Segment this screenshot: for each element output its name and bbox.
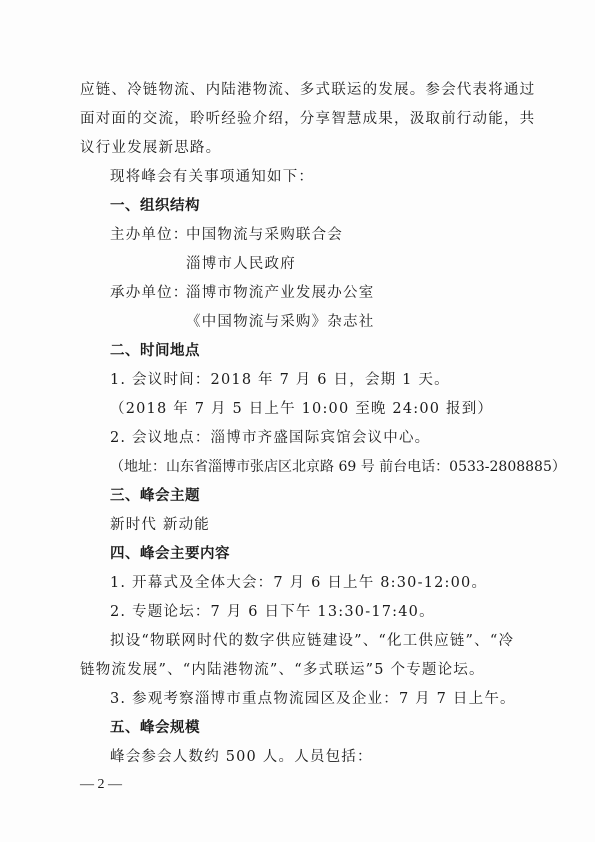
content-item-3: 3. 参观考察淄博市重点物流园区及企业：7 月 7 日上午。 [110, 689, 516, 709]
section-4-heading: 四、峰会主要内容 [110, 544, 230, 564]
intro-line-2: 面对面的交流，聆听经验介绍，分享智慧成果，汲取前行动能，共 [80, 109, 535, 129]
organizer-2: 《中国物流与采购》杂志社 [186, 312, 374, 332]
venue-address: （地址：山东省淄博市张店区北京路 69 号 前台电话：0533-2808885） [110, 457, 566, 477]
organizer-1: 淄博市物流产业发展办公室 [186, 283, 374, 303]
summit-theme: 新时代 新动能 [110, 515, 210, 535]
forums-line-2: 链物流发展”、“内陆港物流”、“多式联运”5 个专题论坛。 [80, 660, 485, 680]
organizer-label: 承办单位： [110, 283, 189, 303]
meeting-venue: 2. 会议地点：淄博市齐盛国际宾馆会议中心。 [110, 428, 430, 448]
forums-line-1: 拟设“物联网时代的数字供应链建设”、“化工供应链”、“冷 [110, 631, 514, 651]
registration-time: （2018 年 7 月 5 日上午 10:00 至晚 24:00 报到） [110, 399, 493, 419]
host-1: 中国物流与采购联合会 [186, 225, 343, 245]
notice-line: 现将峰会有关事项通知如下： [110, 167, 314, 187]
section-5-heading: 五、峰会规模 [110, 718, 200, 738]
host-2: 淄博市人民政府 [186, 254, 296, 274]
section-2-heading: 二、时间地点 [110, 341, 200, 361]
section-3-heading: 三、峰会主题 [110, 486, 200, 506]
content-item-1: 1. 开幕式及全体大会：7 月 6 日上午 8:30-12:00。 [110, 573, 487, 593]
intro-line-3: 议行业发展新思路。 [80, 138, 221, 158]
meeting-time: 1. 会议时间：2018 年 7 月 6 日，会期 1 天。 [110, 370, 450, 390]
host-label: 主办单位： [110, 225, 189, 245]
content-item-2: 2. 专题论坛：7 月 6 日下午 13:30-17:40。 [110, 602, 435, 622]
page-number: — 2 — [80, 777, 122, 793]
intro-line-1: 应链、冷链物流、内陆港物流、多式联运的发展。参会代表将通过 [80, 80, 535, 100]
section-1-heading: 一、组织结构 [110, 196, 200, 216]
summit-scale: 峰会参会人数约 500 人。人员包括： [110, 747, 373, 767]
